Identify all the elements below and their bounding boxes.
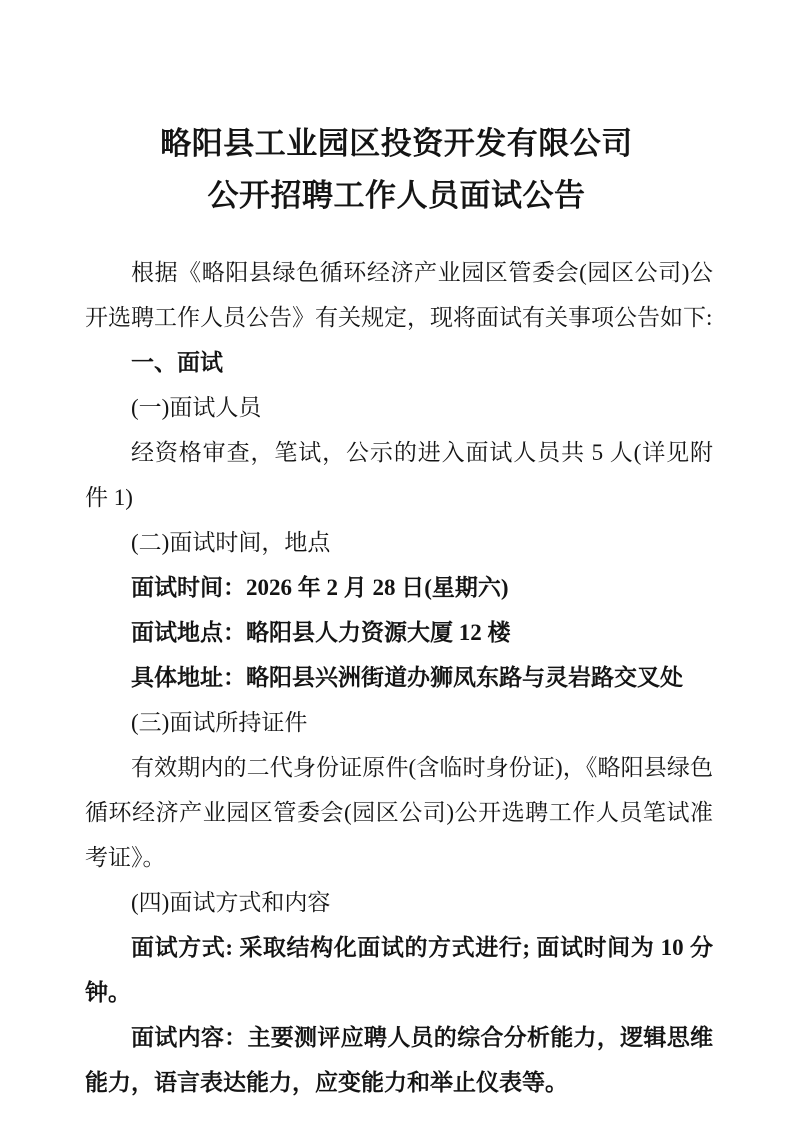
interview-place-text: 面试地点：略阳县人力资源大厦 12 楼 <box>85 610 713 655</box>
subsection-2-heading: (二)面试时间，地点 <box>85 520 713 565</box>
intro-paragraph: 根据《略阳县绿色循环经济产业园区管委会(园区公司)公开选聘工作人员公告》有关规定… <box>85 250 713 340</box>
required-documents-text: 有效期内的二代身份证原件(含临时身份证)，《略阳县绿色循环经济产业园区管委会(园… <box>85 745 713 880</box>
document-title: 略阳县工业园区投资开发有限公司 公开招聘工作人员面试公告 <box>0 0 793 222</box>
interview-address-text: 具体地址：略阳县兴洲街道办狮凤东路与灵岩路交叉处 <box>85 655 713 700</box>
document-page: 略阳县工业园区投资开发有限公司 公开招聘工作人员面试公告 根据《略阳县绿色循环经… <box>0 0 793 1122</box>
title-line-2: 公开招聘工作人员面试公告 <box>0 170 793 222</box>
title-line-1: 略阳县工业园区投资开发有限公司 <box>0 118 793 170</box>
interview-candidates-text: 经资格审查，笔试，公示的进入面试人员共 5 人(详见附件 1) <box>85 430 713 520</box>
subsection-4-heading: (四)面试方式和内容 <box>85 880 713 925</box>
interview-time-text: 面试时间：2026 年 2 月 28 日(星期六) <box>85 565 713 610</box>
subsection-1-heading: (一)面试人员 <box>85 385 713 430</box>
section-1-heading: 一、面试 <box>85 340 713 385</box>
document-body: 根据《略阳县绿色循环经济产业园区管委会(园区公司)公开选聘工作人员公告》有关规定… <box>85 250 713 1105</box>
interview-content-text: 面试内容：主要测评应聘人员的综合分析能力，逻辑思维能力，语言表达能力，应变能力和… <box>85 1015 713 1105</box>
subsection-3-heading: (三)面试所持证件 <box>85 700 713 745</box>
interview-method-text: 面试方式: 采取结构化面试的方式进行; 面试时间为 10 分钟。 <box>85 925 713 1015</box>
